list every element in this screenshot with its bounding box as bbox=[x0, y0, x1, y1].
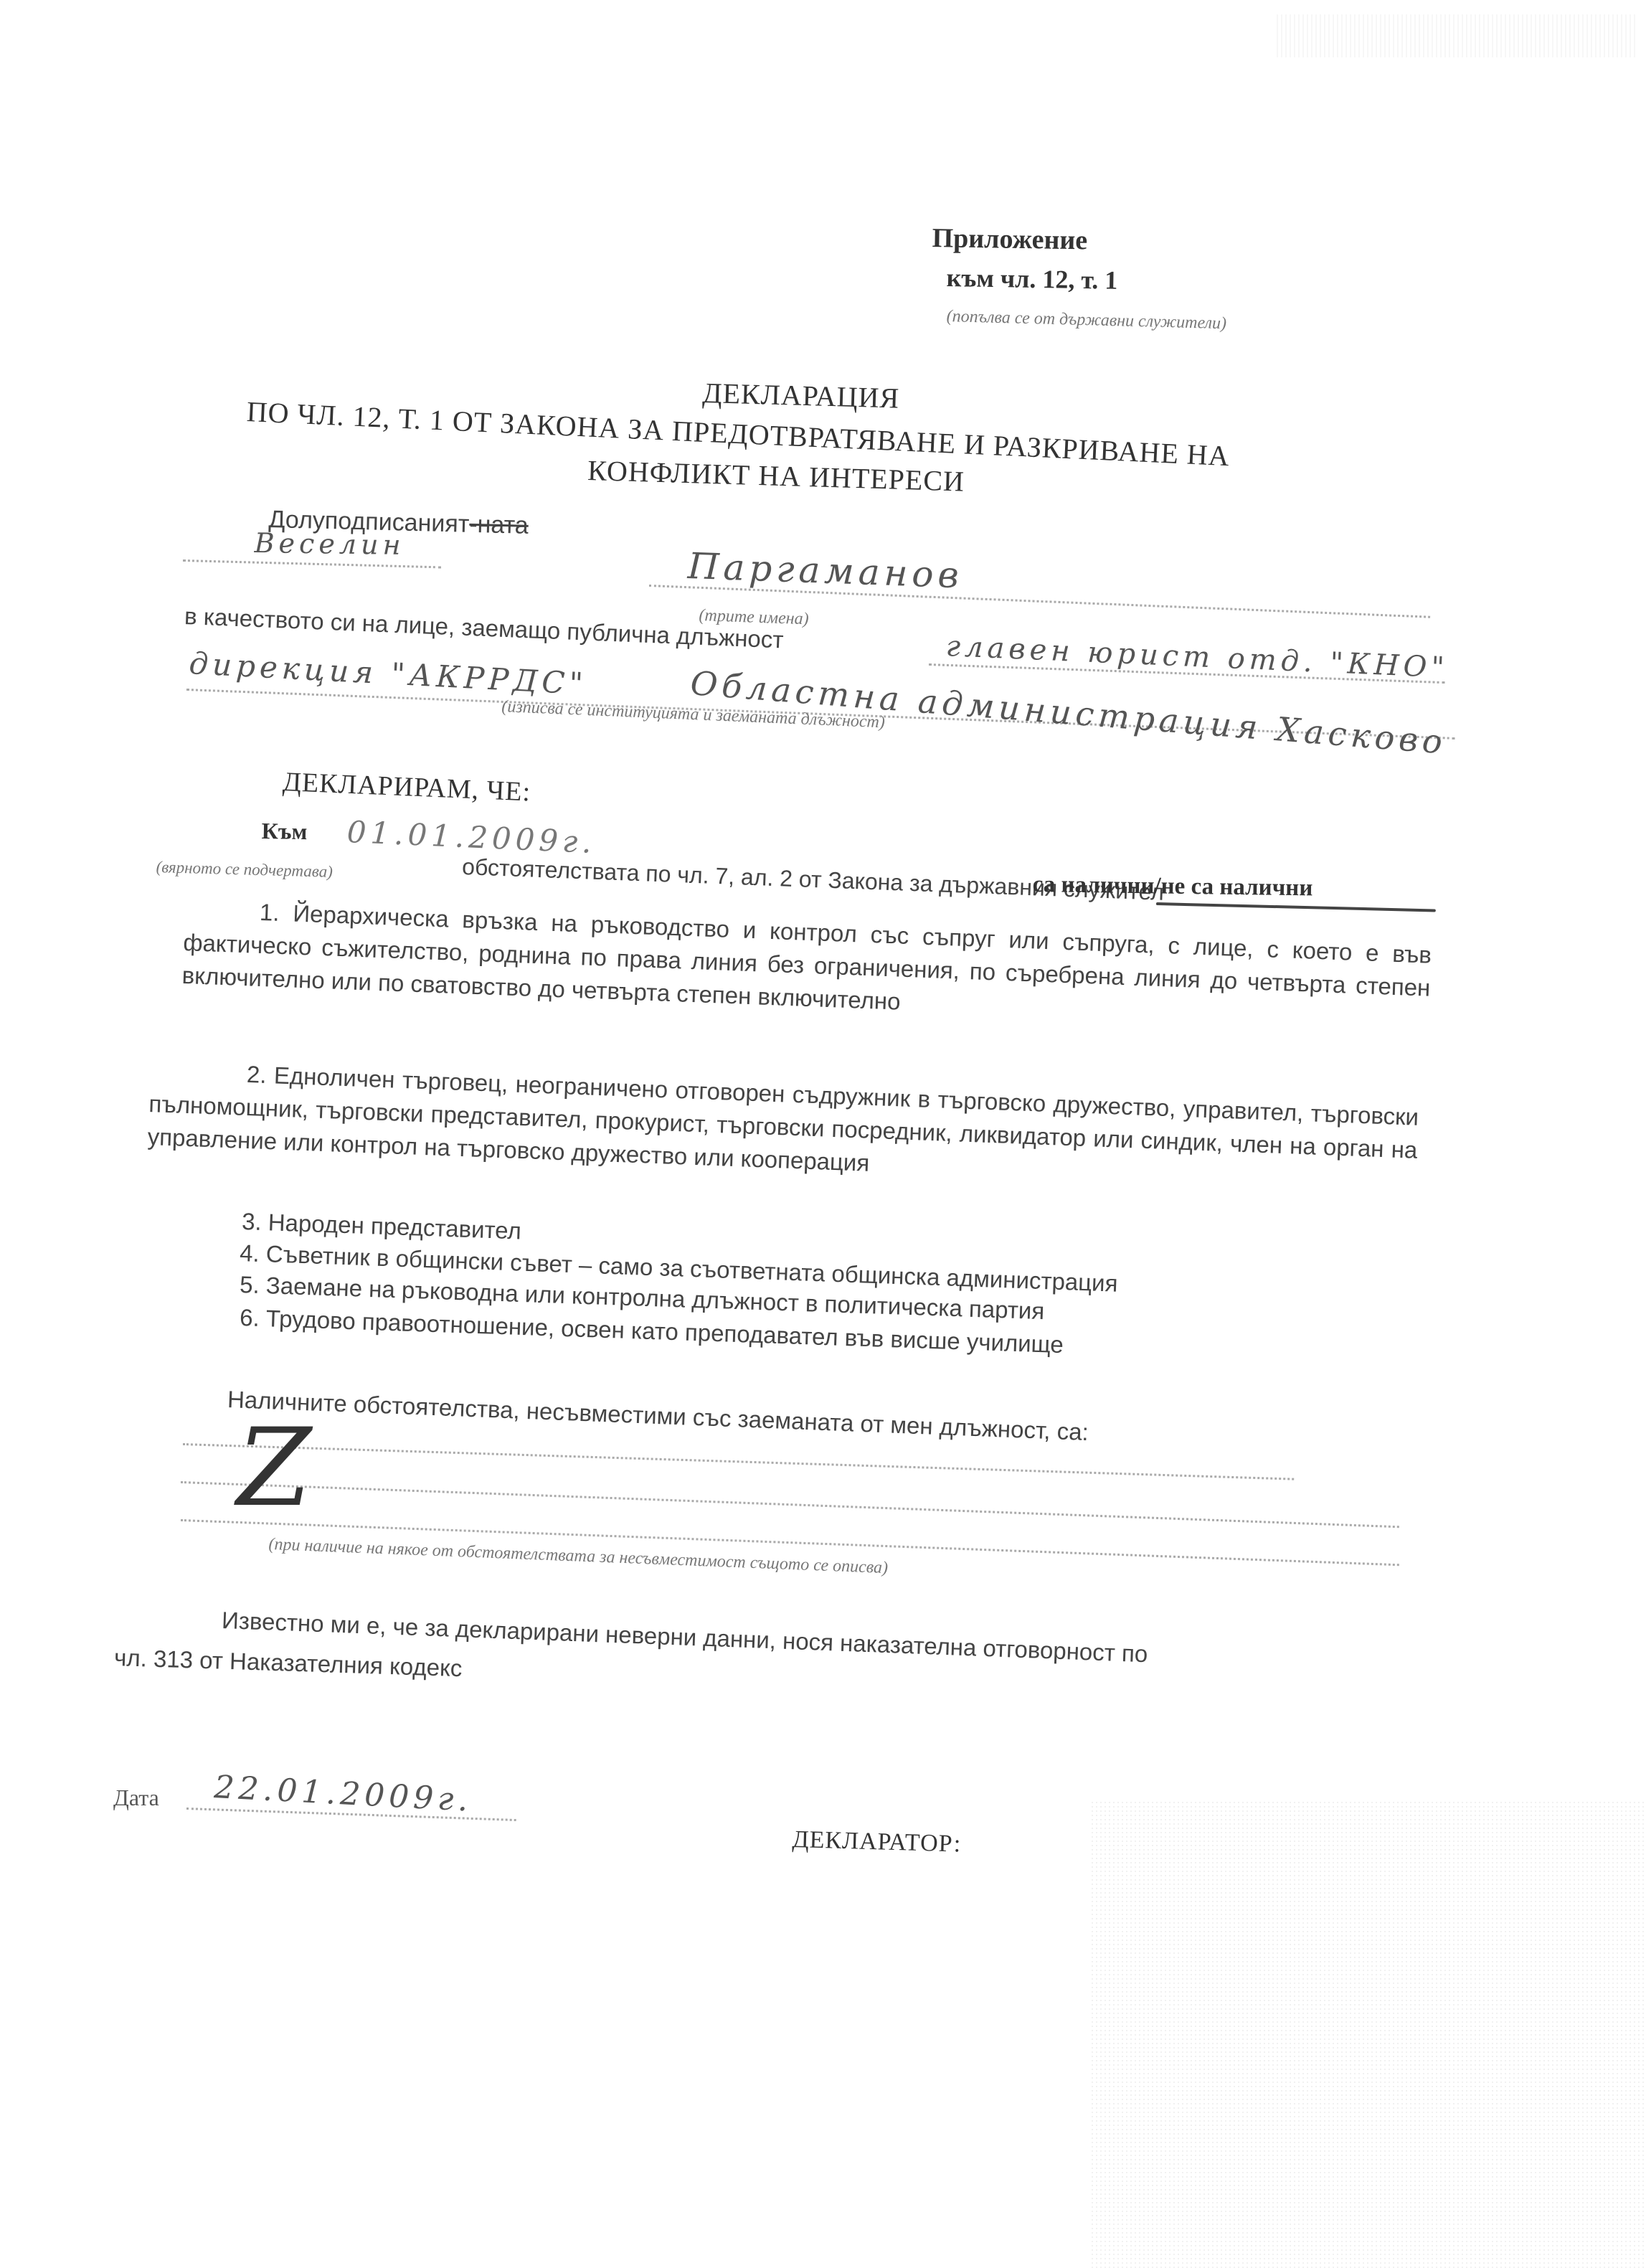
annex-note: (попълва се от държавни служители) bbox=[946, 307, 1226, 334]
declaration-heading: ДЕКЛАРИРАМ, ЧЕ: bbox=[282, 766, 531, 808]
item-1-text: Йерархическа връзка на ръководство и кон… bbox=[181, 900, 1432, 1015]
presence-options: са налични/не са налични bbox=[1032, 871, 1312, 902]
declarant-label: ДЕКЛАРАТОР: bbox=[792, 1826, 962, 1858]
selected-option-underline bbox=[1156, 902, 1436, 912]
signatory-label-struck: -ната bbox=[469, 511, 529, 539]
incompatibility-value-handwritten[interactable]: Z bbox=[237, 1406, 311, 1531]
item-2-number: 2. bbox=[246, 1061, 267, 1088]
annex-title: Приложение bbox=[932, 222, 1087, 256]
position-value-line1[interactable]: главен юрист отд. "КНО" bbox=[945, 630, 1449, 685]
item-1: 1. Йерархическа връзка на ръководство и … bbox=[181, 893, 1432, 1038]
declaration-subtitle-line2: КОНФЛИКТ НА ИНТЕРЕСИ bbox=[587, 453, 965, 499]
position-label: в качеството си на лице, заемащо публичн… bbox=[184, 603, 784, 654]
item-6-number: 6. bbox=[240, 1304, 260, 1331]
date-label: Дата bbox=[113, 1785, 159, 1811]
underline-hint: (вярното се подчертава) bbox=[156, 858, 333, 882]
annex-reference: към чл. 12, т. 1 bbox=[946, 263, 1117, 296]
as-of-label: Към bbox=[261, 818, 307, 845]
item-4-number: 4. bbox=[240, 1239, 260, 1267]
item-3-number: 3. bbox=[242, 1208, 262, 1235]
scan-noise bbox=[1277, 14, 1635, 57]
first-name-handwritten[interactable]: Веселин bbox=[254, 527, 405, 561]
item-2-text: Едноличен търговец, неограничено отговор… bbox=[147, 1062, 1419, 1176]
item-1-number: 1. bbox=[259, 899, 280, 926]
incompatibility-line-2 bbox=[181, 1481, 1399, 1528]
incompatibility-label: Наличните обстоятелства, несъвместими съ… bbox=[227, 1383, 1089, 1449]
item-2: 2. Едноличен търговец, неограничено отго… bbox=[147, 1054, 1419, 1200]
option-present[interactable]: са налични/ bbox=[1032, 871, 1160, 899]
incompatibility-line-1 bbox=[183, 1443, 1294, 1480]
item-5-number: 5. bbox=[240, 1271, 260, 1298]
scanned-declaration-page: Приложение към чл. 12, т. 1 (попълва се … bbox=[0, 0, 1646, 2268]
option-absent-selected[interactable]: не са налични bbox=[1160, 873, 1312, 901]
liability-text-line2: чл. 313 от Наказателния кодекс bbox=[114, 1641, 463, 1685]
declaration-title: ДЕКЛАРАЦИЯ bbox=[702, 376, 900, 415]
scan-shaded-region bbox=[1090, 1800, 1646, 2268]
